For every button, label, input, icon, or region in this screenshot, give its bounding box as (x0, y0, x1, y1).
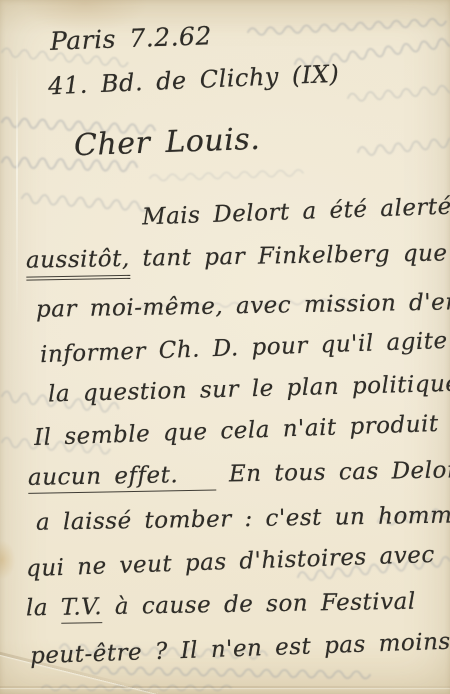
underlined-word: T.V. (61, 594, 103, 624)
letter-line-text: la (26, 595, 61, 622)
letter-line-text: à cause de son Festival (102, 589, 416, 620)
dateline: Paris 7.2.62 (50, 23, 213, 54)
bleedthrough-stroke (42, 686, 231, 691)
bleedthrough-stroke (248, 18, 446, 35)
bleedthrough-stroke (82, 667, 370, 679)
letter-line-text: tant par Finkelberg que (129, 240, 447, 272)
bleedthrough-stroke (348, 85, 450, 102)
letter-line-text: En tous cas Delort (216, 457, 450, 487)
bleedthrough-stroke (150, 170, 303, 181)
bleedthrough-stroke (22, 194, 148, 212)
double-underlined-word: aussitôt, (26, 246, 130, 281)
letter-page: Paris 7.2.62 41. Bd. de Clichy (IX) Cher… (0, 0, 450, 694)
underlined-phrase: aucun effet. (28, 462, 217, 494)
salutation: Cher Louis. (74, 125, 261, 161)
bleedthrough-stroke (358, 137, 450, 156)
